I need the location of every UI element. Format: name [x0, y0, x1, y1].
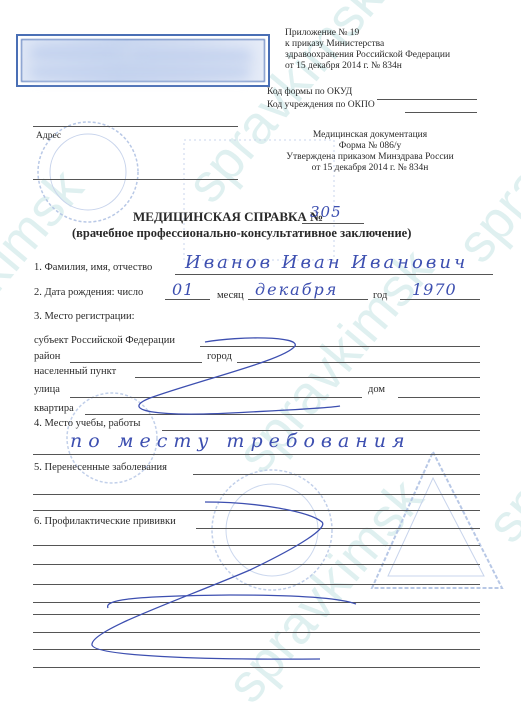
settlement-label: населенный пункт: [34, 366, 116, 378]
city-field[interactable]: [237, 362, 480, 363]
vaccinations-field[interactable]: [33, 602, 480, 603]
dob-year: 1970: [412, 280, 457, 299]
district-label: район: [34, 351, 60, 363]
strike-through-marks: [0, 0, 521, 712]
house-label: дом: [368, 384, 385, 396]
fio-value: Иванов Иван Иванович: [185, 252, 468, 273]
certificate-number: 305: [310, 203, 342, 221]
dob-day-field[interactable]: [165, 299, 210, 300]
settlement-field[interactable]: [135, 377, 480, 378]
okpo-label: Код учреждения по ОКПО: [267, 100, 375, 111]
vaccinations-field[interactable]: [33, 649, 480, 650]
appendix-line: Приложение № 19: [285, 28, 450, 39]
dob-label: 2. Дата рождения: число: [34, 287, 143, 299]
watermark: spravkimsk: [474, 308, 521, 555]
street-label: улица: [34, 384, 60, 396]
vaccinations-label: 6. Профилактические прививки: [34, 516, 176, 528]
registration-label: 3. Место регистрации:: [34, 311, 135, 323]
form-info-line: Форма № 086/у: [245, 141, 495, 152]
dob-month: декабря: [255, 280, 338, 299]
appendix-block: Приложение № 19 к приказу Министерства з…: [285, 28, 450, 72]
form-info-line: Медицинская документация: [245, 130, 495, 141]
vaccinations-field[interactable]: [33, 564, 480, 565]
institution-stamp: [16, 34, 270, 87]
form-info-line: Утверждена приказом Минздрава России: [245, 152, 495, 163]
vaccinations-field[interactable]: [33, 545, 480, 546]
house-field[interactable]: [398, 397, 480, 398]
dob-month-label: месяц: [217, 290, 244, 302]
appendix-line: здравоохранения Российской Федерации: [285, 50, 450, 61]
apartment-label: квартира: [34, 403, 74, 415]
fio-label: 1. Фамилия, имя, отчество: [34, 262, 152, 274]
work-field-2[interactable]: [33, 454, 480, 455]
dob-year-label: год: [373, 290, 387, 302]
appendix-line: к приказу Министерства: [285, 39, 450, 50]
okpo-field[interactable]: [405, 112, 477, 113]
diseases-field-2[interactable]: [33, 494, 480, 495]
dob-day: 01: [172, 280, 194, 299]
okud-label: Код формы по ОКУД: [267, 87, 352, 98]
address-label: Адрес: [36, 131, 61, 142]
faint-stamps: [0, 0, 521, 712]
street-field[interactable]: [70, 397, 362, 398]
form-info-block: Медицинская документация Форма № 086/у У…: [245, 130, 495, 174]
district-field[interactable]: [70, 362, 202, 363]
dob-month-field[interactable]: [248, 299, 368, 300]
dob-year-field[interactable]: [400, 299, 480, 300]
vaccinations-field[interactable]: [33, 584, 480, 585]
apartment-field[interactable]: [85, 414, 480, 415]
vaccinations-field[interactable]: [33, 632, 480, 633]
address-line-bottom[interactable]: [33, 179, 238, 180]
work-value: по месту требования: [70, 430, 411, 452]
certificate-title: МЕДИЦИНСКАЯ СПРАВКА №: [133, 209, 323, 225]
diseases-label: 5. Перенесенные заболевания: [34, 462, 167, 474]
city-label: город: [207, 351, 232, 363]
work-label: 4. Место учебы, работы: [34, 418, 140, 430]
subject-label: субъект Российской Федерации: [34, 335, 175, 347]
subject-field[interactable]: [200, 346, 480, 347]
diseases-field-3[interactable]: [33, 510, 480, 511]
vaccinations-field-1[interactable]: [196, 528, 480, 529]
address-line-top[interactable]: [33, 126, 238, 127]
appendix-line: от 15 декабря 2014 г. № 834н: [285, 61, 450, 72]
certificate-subtitle: (врачебное профессионально-консультативн…: [72, 226, 411, 241]
form-info-line: от 15 декабря 2014 г. № 834н: [245, 163, 495, 174]
okud-field[interactable]: [377, 99, 477, 100]
certificate-number-line: [302, 223, 364, 224]
vaccinations-field[interactable]: [33, 614, 480, 615]
watermark: spravkimsk: [214, 468, 435, 712]
vaccinations-field[interactable]: [33, 667, 480, 668]
fio-field[interactable]: [175, 274, 493, 275]
diseases-field-1[interactable]: [193, 474, 480, 475]
